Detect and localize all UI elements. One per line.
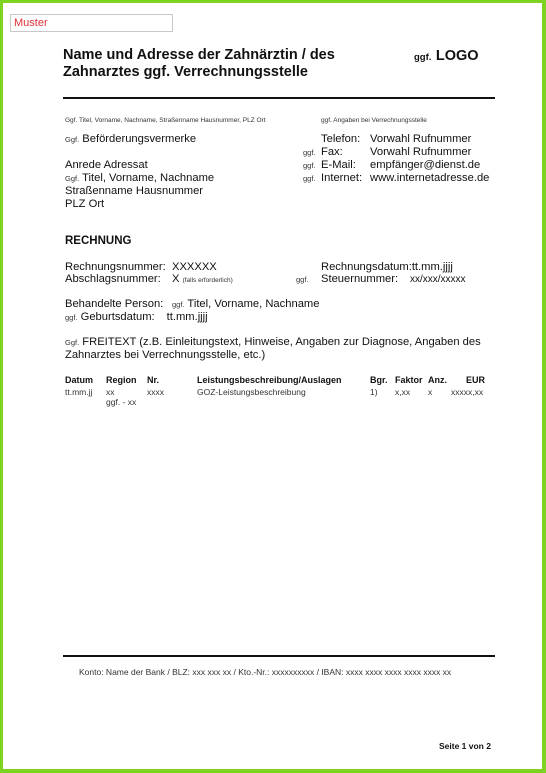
patient-row: Behandelte Person:ggf. Titel, Vorname, N… (65, 298, 319, 310)
sender-return-line: Ggf. Titel, Vorname, Nachname, Straßenna… (65, 117, 266, 124)
recipient-name: Ggf. Titel, Vorname, Nachname (65, 172, 214, 184)
col-header-eur: EUR (466, 375, 485, 385)
page-number: Seite 1 von 2 (439, 741, 491, 751)
watermark-label: Muster (10, 14, 173, 32)
invoice-date-row: Rechnungsdatum:tt.mm.jjjj (321, 261, 453, 273)
sender-title-line2: Zahnarztes ggf. Verrechnungsstelle (63, 64, 308, 81)
website-link[interactable]: www.internetadresse.de (370, 172, 489, 184)
header-divider (63, 97, 495, 99)
logo-text: LOGO (436, 48, 479, 64)
freitext-line2: Zahnarztes bei Verrechnungsstelle, etc.) (65, 349, 265, 361)
birthdate-row: ggf. Geburtsdatum:tt.mm.jjjj (65, 311, 208, 323)
tax-number-row: ggf.Steuernummer:xx/xxx/xxxxx (296, 273, 466, 285)
contact-row-fax: ggf.Fax:Vorwahl Rufnummer (303, 146, 471, 158)
col-header-faktor: Faktor (395, 375, 423, 385)
email-link[interactable]: empfänger@dienst.de (370, 159, 480, 171)
col-header-nr: Nr. (147, 375, 159, 385)
col-header-region: Region (106, 375, 137, 385)
contact-row-email: ggf.E-Mail:empfänger@dienst.de (303, 159, 480, 171)
contact-row-phone: Telefon:Vorwahl Rufnummer (303, 133, 471, 145)
logo-prefix: ggf. (414, 52, 431, 63)
bank-details: Konto: Name der Bank / BLZ: xxx xxx xx /… (79, 667, 451, 677)
recipient-street: Straßenname Hausnummer (65, 185, 203, 197)
col-header-bgr: Bgr. (370, 375, 388, 385)
col-header-leistung: Leistungsbeschreibung/Auslagen (197, 375, 342, 385)
recipient-anrede: Anrede Adressat (65, 159, 148, 171)
contact-row-internet: ggf.Internet:www.internetadresse.de (303, 172, 489, 184)
logo-placeholder: ggf. LOGO (414, 47, 479, 65)
billing-note: ggf. Angaben bei Verrechnungsstelle (321, 117, 427, 124)
region-note: ggf. - xx (106, 397, 136, 407)
befoerderung-line: Ggf. Beförderungsvermerke (65, 133, 196, 145)
invoice-heading: RECHNUNG (65, 235, 131, 247)
footer-divider (63, 655, 495, 657)
freitext-line1: Ggf. FREITEXT (z.B. Einleitungstext, Hin… (65, 336, 481, 348)
col-header-datum: Datum (65, 375, 93, 385)
invoice-number-row: Rechnungsnummer:XXXXXX (65, 261, 217, 273)
recipient-city: PLZ Ort (65, 198, 104, 210)
col-header-anz: Anz. (428, 375, 447, 385)
sender-title-line1: Name und Adresse der Zahnärztin / des (63, 47, 335, 64)
abschlag-row: Abschlagsnummer:X (falls erforderlich) (65, 273, 233, 285)
